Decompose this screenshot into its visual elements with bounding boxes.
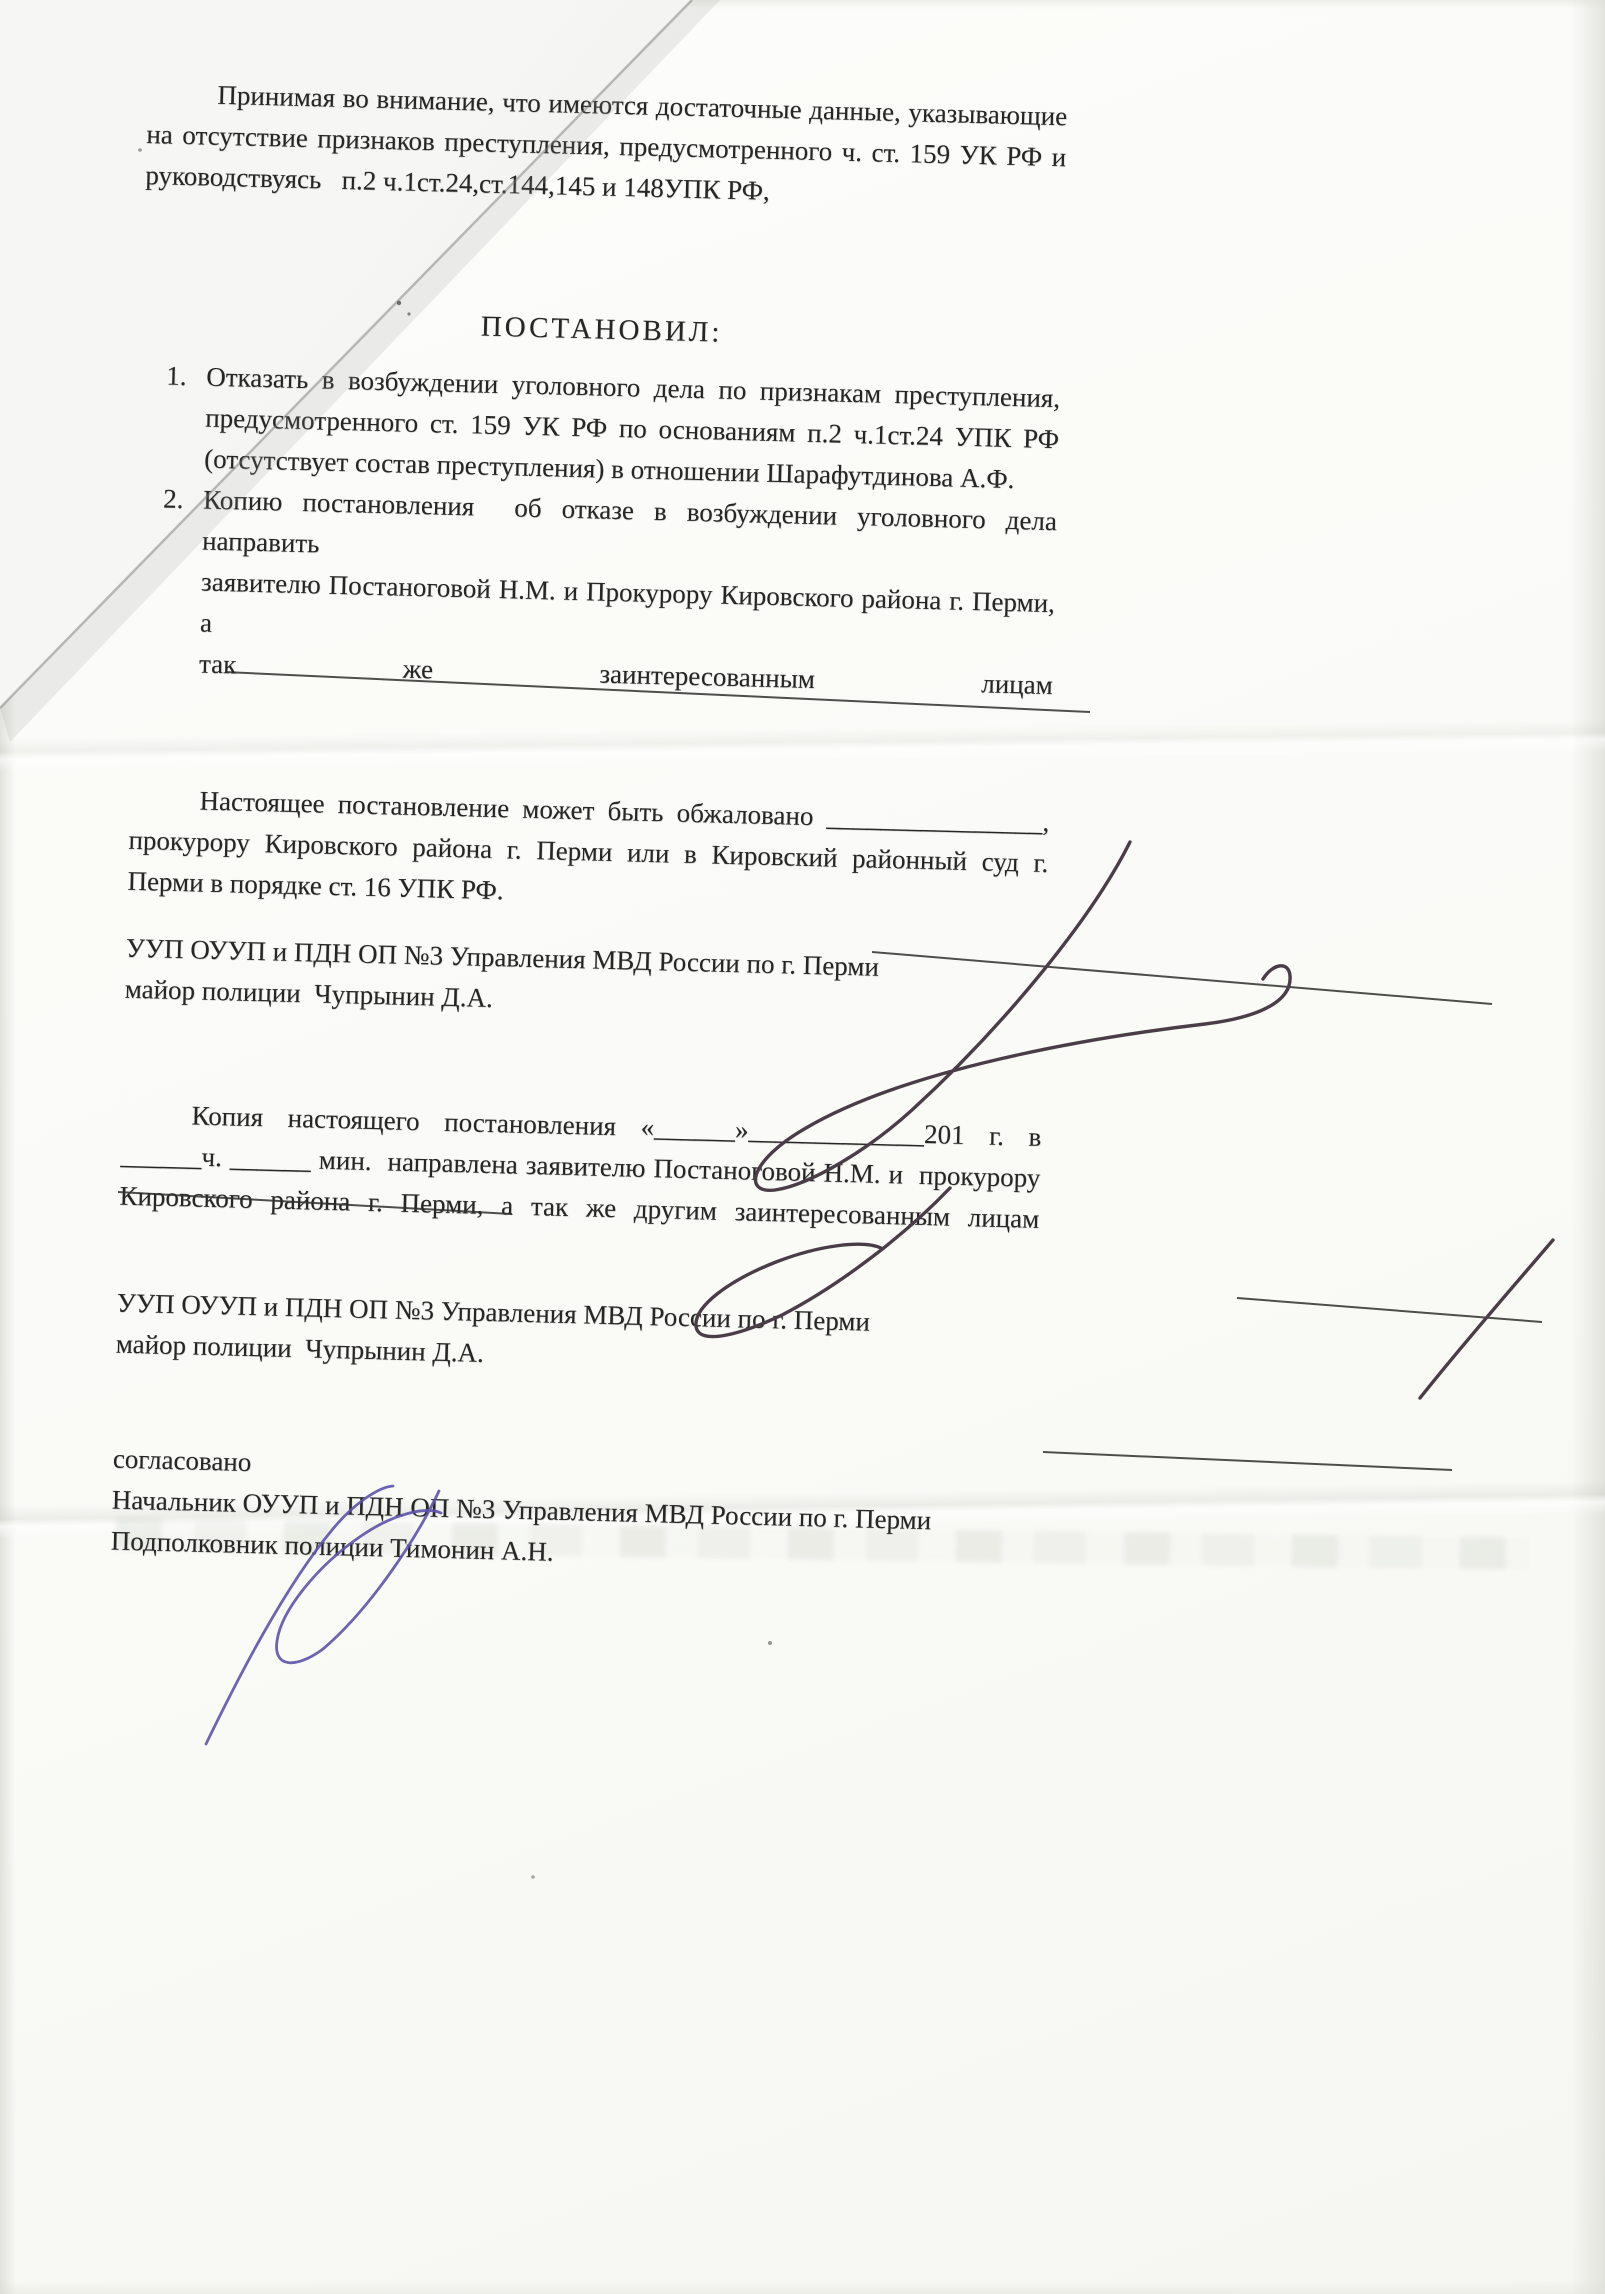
scan-dot <box>768 1641 772 1645</box>
approval-block: согласовано Начальник ОУУП и ПДН ОП №3 У… <box>110 1439 1033 1585</box>
signature-rule-approver <box>1043 1452 1452 1470</box>
list-item-number: 1. <box>166 356 187 397</box>
scan-dot <box>531 1875 535 1879</box>
intro-paragraph: Принимая во внимание, что имеются достат… <box>145 73 1068 219</box>
resolution-list: 1. Отказать в возбуждении уголовного дел… <box>133 355 1061 706</box>
document-text: Принимая во внимание, что имеются достат… <box>110 73 1067 1585</box>
resolution-heading: ПОСТАНОВИЛ: <box>141 298 1062 362</box>
signature-rule-officer-2 <box>1237 1298 1542 1322</box>
officer-signature-block-1: УУП ОУУП и ПДН ОП №3 Управления МВД Росс… <box>124 928 1046 1033</box>
list-item-number: 2. <box>163 479 184 520</box>
pen-signature-2-stroke <box>1420 1240 1553 1398</box>
officer-signature-block-2: УУП ОУУП и ПДН ОП №3 Управления МВД Росс… <box>115 1283 1037 1388</box>
scanned-document-page: Принимая во внимание, что имеются достат… <box>0 0 1605 2294</box>
appeal-paragraph: Настоящее постановление может быть обжал… <box>127 779 1050 925</box>
list-item: 1. Отказать в возбуждении уголовного дел… <box>138 355 1061 501</box>
list-item: 2. Копию постановления об отказе в возбу… <box>133 478 1058 706</box>
copy-note-paragraph: Копия настоящего постановления «______»_… <box>119 1094 1042 1240</box>
